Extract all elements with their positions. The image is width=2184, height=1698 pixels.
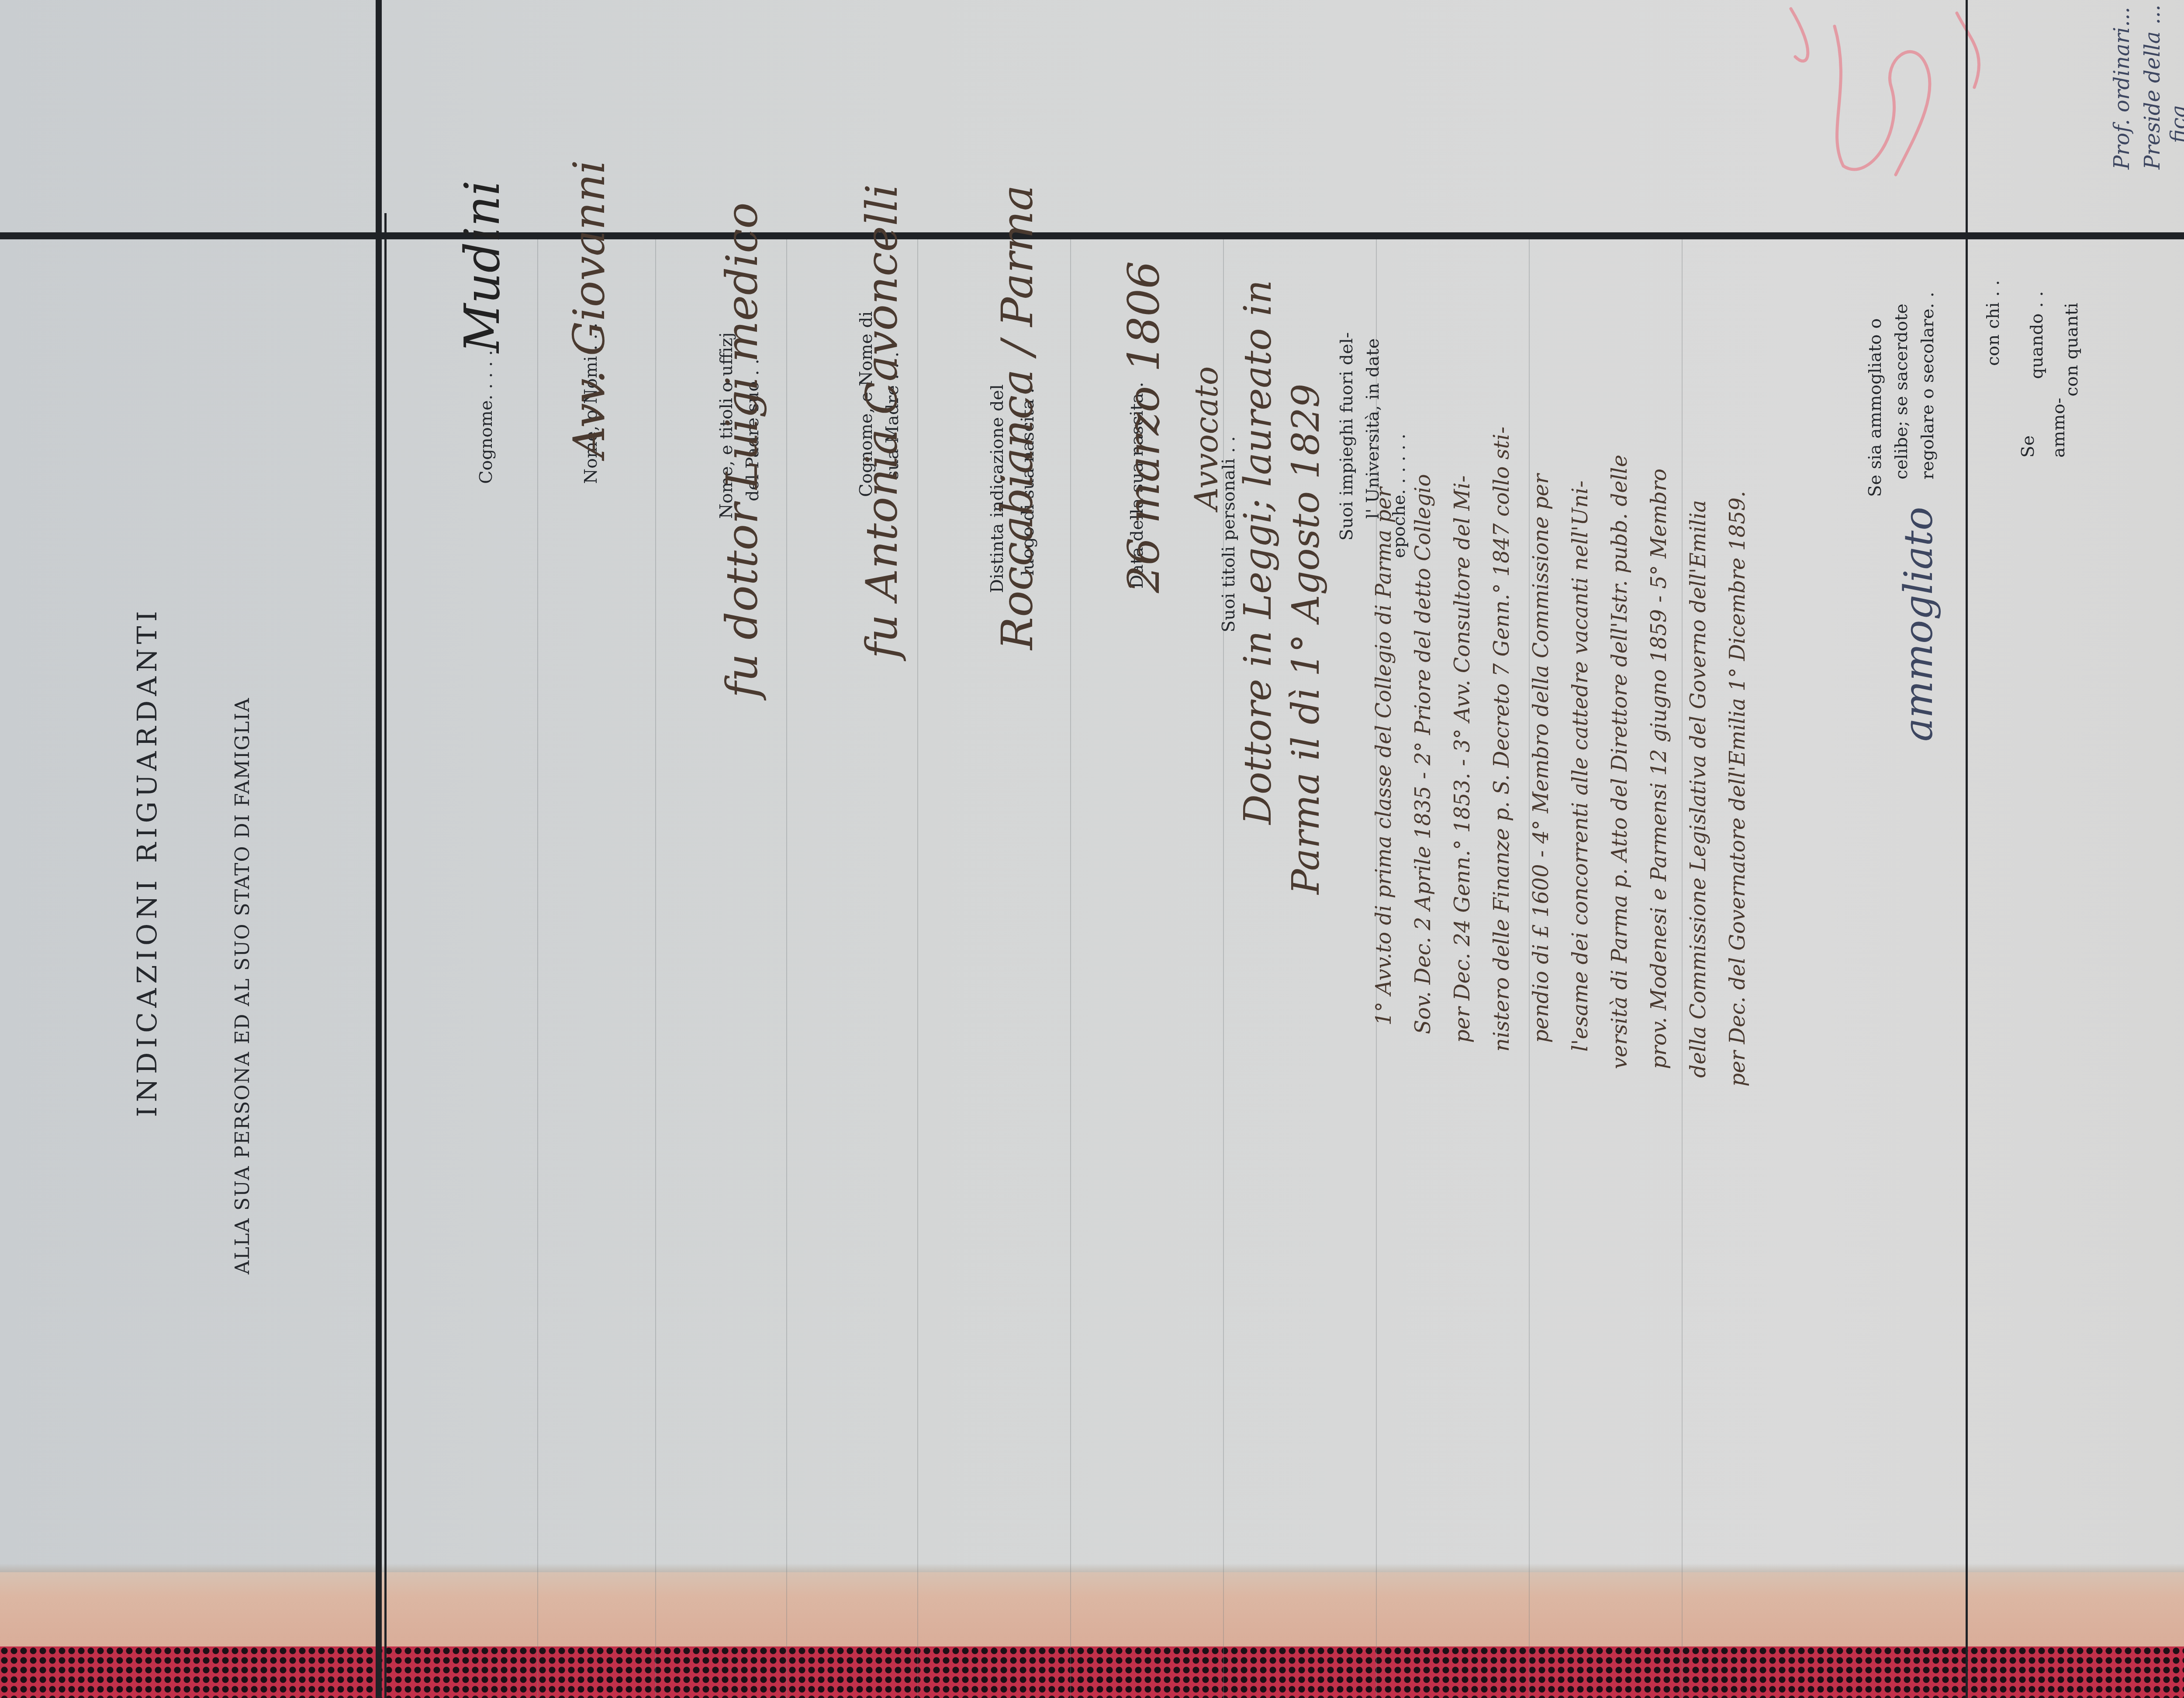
value-stato: ammogliato bbox=[1896, 507, 1942, 742]
label-se-ammogliato-1: Se bbox=[2018, 435, 2038, 458]
value-data: 26 marzo 1806 bbox=[1118, 261, 1169, 593]
adjacent-entry: Prof. ordinari... bbox=[2110, 7, 2134, 169]
ruled-line bbox=[655, 239, 656, 1698]
value-titoli-3: Parma il dì 1° Agosto 1829 bbox=[1284, 384, 1328, 894]
value-impieghi-3: per Dec. 24 Genn.° 1853. - 3° Avv. Consu… bbox=[1450, 476, 1475, 1043]
value-titoli-1: Avvocato bbox=[1188, 366, 1225, 510]
label-quando: quando . . bbox=[2027, 291, 2047, 379]
value-nome: Avv. Giovanni bbox=[563, 160, 615, 458]
value-impieghi-6: l'esame dei concorrenti alle cattedre va… bbox=[1568, 480, 1593, 1052]
value-impieghi-1: 1° Avv.to di prima classe del Collegio d… bbox=[1372, 487, 1396, 1025]
label-con-quanti: con quanti bbox=[2062, 303, 2082, 397]
adjacent-entry: fica bbox=[2167, 105, 2184, 143]
label-stato-3: regolare o secolare. . bbox=[1918, 292, 1938, 480]
value-padre: fu dottor Luigi medico bbox=[716, 203, 767, 698]
value-cognome: Mudini bbox=[454, 180, 510, 353]
label-con-chi: con chi . . bbox=[1983, 280, 2003, 366]
value-impieghi-5: pendio di £ 1600 - 4° Membro della Commi… bbox=[1529, 474, 1553, 1043]
right-frame-rule bbox=[0, 232, 2184, 239]
ruled-line bbox=[1070, 239, 1071, 1698]
column-rule bbox=[384, 213, 387, 1698]
label-stato-2: celibe; se sacerdote bbox=[1891, 304, 1911, 480]
value-impieghi-8: prov. Modenesi e Parmensi 12 giugno 1859… bbox=[1647, 469, 1671, 1069]
value-titoli-2: Dottore in Leggi; laureato in bbox=[1236, 280, 1280, 825]
ruled-line bbox=[786, 239, 787, 1698]
ruled-line bbox=[1682, 239, 1683, 1698]
ruled-line bbox=[537, 239, 538, 1698]
top-frame-rule bbox=[376, 0, 382, 1698]
value-madre: fu Antonia Cavoncelli bbox=[856, 184, 907, 659]
adjacent-entry: Preside della ... bbox=[2140, 4, 2165, 169]
value-impieghi-9: della Commissione Legislativa del Govern… bbox=[1686, 500, 1711, 1078]
register-page: INDICAZIONI RIGUARDANTI ALLA SUA PERSONA… bbox=[0, 0, 2184, 1698]
value-impieghi-4: nistero delle Finanze p. S. Decreto 7 Ge… bbox=[1489, 427, 1514, 1052]
label-se-ammogliato-2: ammo- bbox=[2049, 398, 2069, 458]
label-impieghi-1: Suoi impieghi fuori del- bbox=[1337, 332, 1357, 541]
value-impieghi-10: per Dec. del Governatore dell'Emilia 1° … bbox=[1725, 491, 1750, 1087]
page-heading: INDICAZIONI RIGUARDANTI bbox=[131, 607, 163, 1117]
page-subheading: ALLA SUA PERSONA ED AL SUO STATO DI FAMI… bbox=[232, 697, 254, 1274]
value-impieghi-2: Sov. Dec. 2 Aprile 1835 - 2° Priore del … bbox=[1411, 474, 1435, 1034]
ruled-line bbox=[917, 239, 918, 1698]
value-impieghi-7: versità di Parma p. Atto del Direttore d… bbox=[1607, 455, 1632, 1069]
value-luogo: Roccabianca / Parma bbox=[992, 185, 1043, 650]
label-stato-1: Se sia ammogliato o bbox=[1865, 318, 1885, 497]
label-cognome: Cognome. . . . . bbox=[476, 350, 496, 484]
outer-left-rule bbox=[1966, 0, 1968, 1698]
